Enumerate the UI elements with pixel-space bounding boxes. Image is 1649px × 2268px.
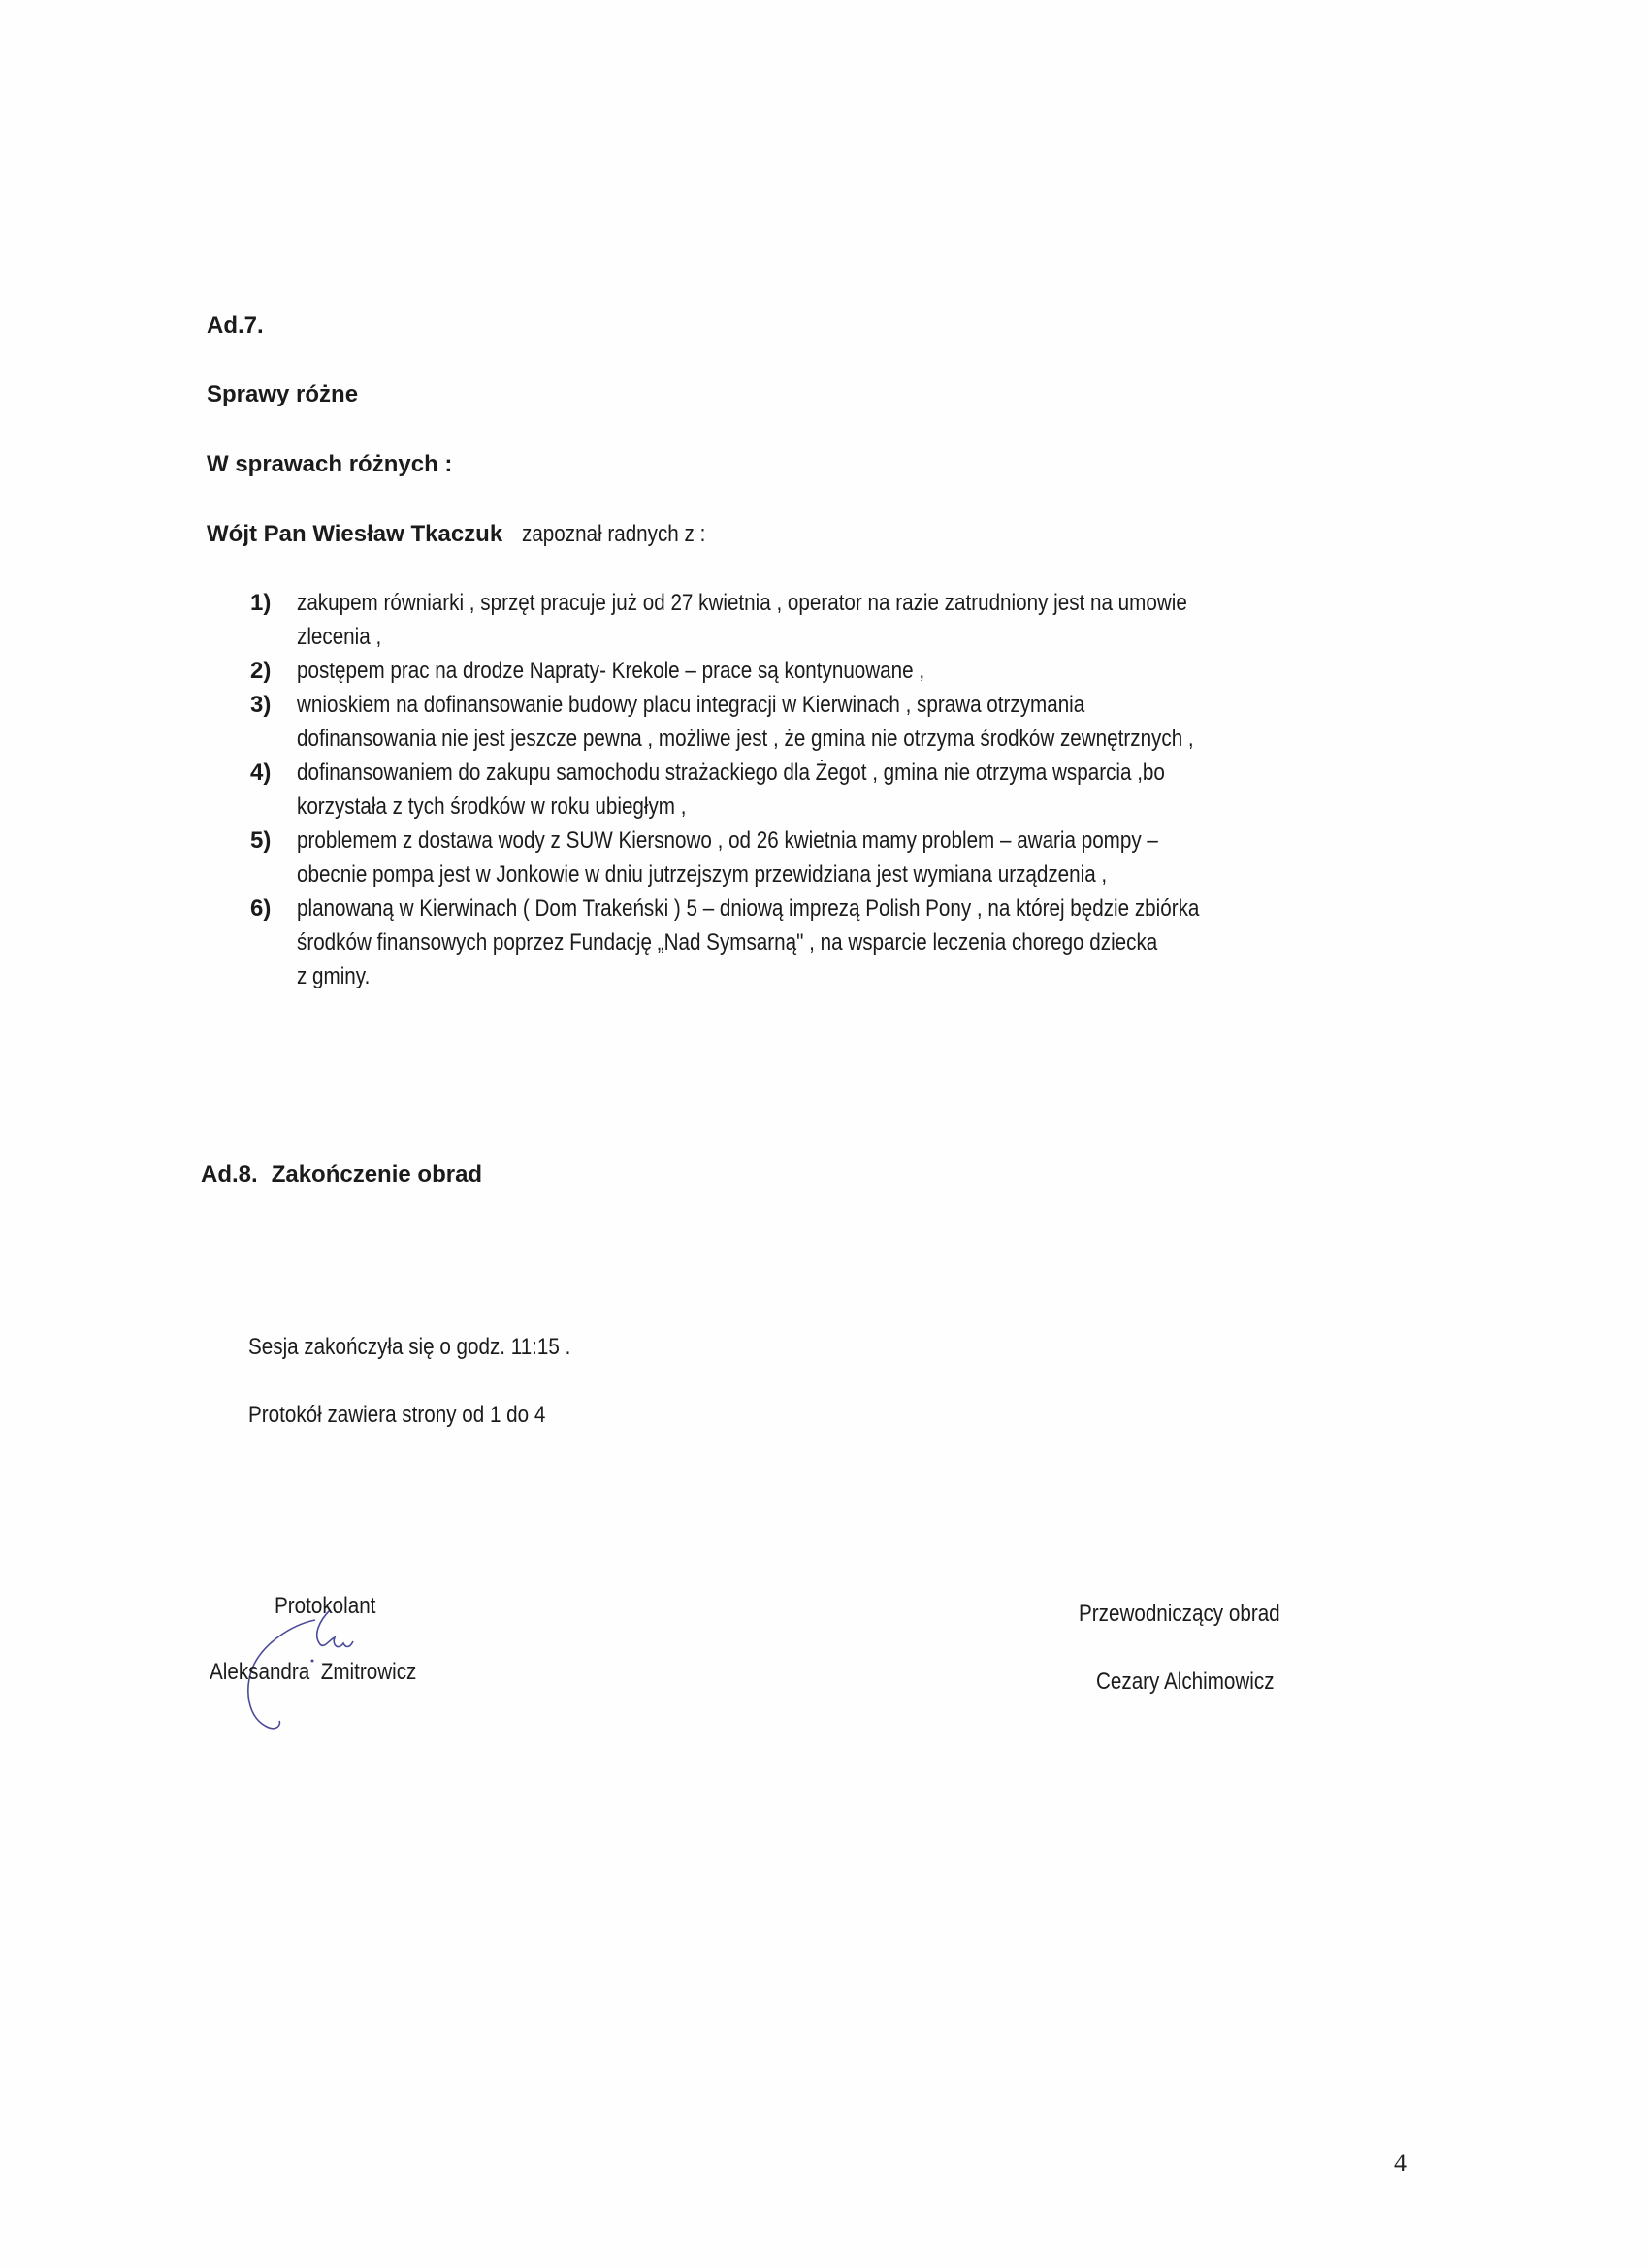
list-item-line: z gminy. bbox=[297, 959, 1198, 993]
pages-note: Protokół zawiera strony od 1 do 4 bbox=[248, 1402, 545, 1429]
list-item-line: zakupem równiarki , sprzęt pracuje już o… bbox=[297, 586, 1198, 620]
list-item-number: 1) bbox=[250, 586, 297, 654]
list-item-line: dofinansowania nie jest jeszcze pewna , … bbox=[297, 722, 1198, 756]
list-item: 4)dofinansowaniem do zakupu samochodu st… bbox=[250, 756, 1414, 824]
list-item-line: dofinansowaniem do zakupu samochodu stra… bbox=[297, 756, 1198, 790]
list-item: 5)problemem z dostawa wody z SUW Kiersno… bbox=[250, 824, 1414, 891]
list-item-line: postępem prac na drodze Napraty- Krekole… bbox=[297, 654, 1198, 688]
list-item-line: zlecenia , bbox=[297, 620, 1198, 654]
speaker-name: Wójt Pan Wiesław Tkaczuk bbox=[207, 521, 502, 547]
list-item-line: korzystała z tych środków w roku ubiegły… bbox=[297, 790, 1198, 824]
list-item: 3)wnioskiem na dofinansowanie budowy pla… bbox=[250, 688, 1414, 756]
chair-name: Cezary Alchimowicz bbox=[1096, 1669, 1275, 1696]
list-item-number: 5) bbox=[250, 824, 297, 891]
section-7-intro: W sprawach różnych : bbox=[207, 451, 452, 478]
list-item-line: problemem z dostawa wody z SUW Kiersnowo… bbox=[297, 824, 1198, 858]
chair-title: Przewodniczący obrad bbox=[1079, 1601, 1280, 1628]
recorder-title: Protokolant bbox=[275, 1593, 375, 1620]
list-item-number: 3) bbox=[250, 688, 297, 756]
list-item-text: dofinansowaniem do zakupu samochodu stra… bbox=[297, 756, 1198, 824]
session-end-text: Sesja zakończyła się o godz. 11:15 . bbox=[248, 1334, 570, 1361]
section-8-title: Zakończenie obrad bbox=[272, 1161, 482, 1187]
section-7-title: Sprawy różne bbox=[207, 381, 358, 408]
list-item: 2)postępem prac na drodze Napraty- Kreko… bbox=[250, 654, 1414, 688]
document-page: Ad.7. Sprawy różne W sprawach różnych : … bbox=[0, 0, 1649, 2268]
speaker-line: Wójt Pan Wiesław Tkaczuk zapoznał radnyc… bbox=[207, 521, 735, 548]
list-item-number: 4) bbox=[250, 756, 297, 824]
list-item-number: 6) bbox=[250, 891, 297, 993]
list-item-text: planowaną w Kierwinach ( Dom Trakeński )… bbox=[297, 891, 1198, 993]
section-8-label: Ad.8. bbox=[201, 1161, 258, 1187]
section-8-heading: Ad.8.Zakończenie obrad bbox=[201, 1161, 482, 1188]
topics-list: 1)zakupem równiarki , sprzęt pracuje już… bbox=[250, 586, 1414, 993]
page-number: 4 bbox=[1394, 2149, 1406, 2178]
list-item-number: 2) bbox=[250, 654, 297, 688]
list-item-line: wnioskiem na dofinansowanie budowy placu… bbox=[297, 688, 1198, 722]
list-item-line: środków finansowych poprzez Fundację „Na… bbox=[297, 925, 1198, 959]
recorder-name: Aleksandra Zmitrowicz bbox=[210, 1659, 416, 1686]
list-item-text: zakupem równiarki , sprzęt pracuje już o… bbox=[297, 586, 1198, 654]
list-item-line: planowaną w Kierwinach ( Dom Trakeński )… bbox=[297, 891, 1198, 925]
list-item-text: postępem prac na drodze Napraty- Krekole… bbox=[297, 654, 1198, 688]
section-7-label: Ad.7. bbox=[207, 312, 264, 340]
list-item-text: problemem z dostawa wody z SUW Kiersnowo… bbox=[297, 824, 1198, 891]
list-item: 1)zakupem równiarki , sprzęt pracuje już… bbox=[250, 586, 1414, 654]
speaker-action: zapoznał radnych z : bbox=[522, 521, 705, 548]
list-item-line: obecnie pompa jest w Jonkowie w dniu jut… bbox=[297, 858, 1198, 891]
list-item-text: wnioskiem na dofinansowanie budowy placu… bbox=[297, 688, 1198, 756]
list-item: 6)planowaną w Kierwinach ( Dom Trakeński… bbox=[250, 891, 1414, 993]
